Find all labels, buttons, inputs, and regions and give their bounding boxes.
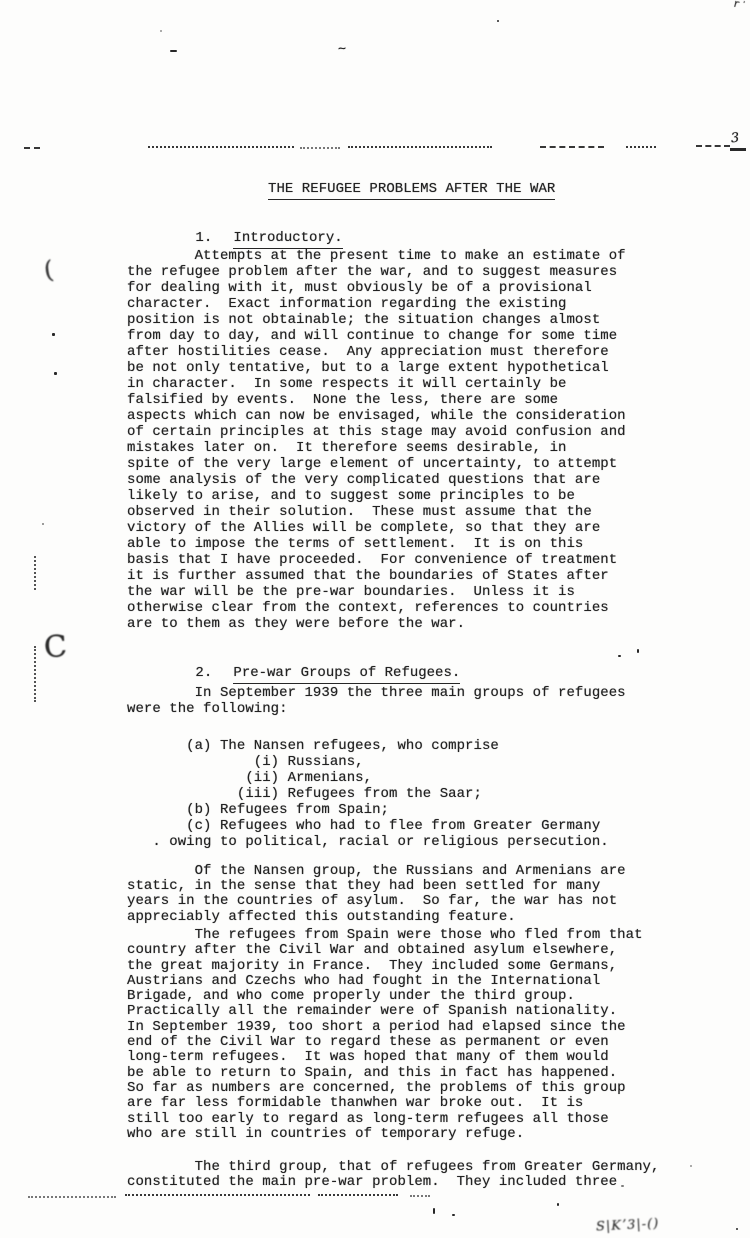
margin-dotted-line <box>34 646 36 702</box>
paragraph-groups-intro: In September 1939 the three main groups … <box>127 685 667 717</box>
paragraph-third-group: The third group, that of refugees from G… <box>127 1160 667 1190</box>
paragraph-nansen-group: Of the Nansen group, the Russians and Ar… <box>127 864 667 925</box>
rule-segment <box>410 1195 430 1197</box>
noise-speck <box>497 20 499 22</box>
scanned-document-page: 3 rʾ ~ ( C THE REFUGEE PROBLEMS AFTER TH… <box>0 0 750 1238</box>
noise-speck <box>170 50 177 52</box>
rule-segment <box>540 146 604 148</box>
noise-speck <box>690 1165 692 1167</box>
scan-layer: 3 rʾ ~ ( C THE REFUGEE PROBLEMS AFTER TH… <box>0 0 750 1238</box>
rule-segment <box>626 146 656 148</box>
document-title: THE REFUGEE PROBLEMS AFTER THE WAR <box>268 181 555 200</box>
margin-c-mark: C <box>43 629 68 666</box>
noise-speck <box>160 30 162 32</box>
margin-paren-mark: ( <box>42 255 55 284</box>
rule-segment <box>300 147 340 149</box>
rule-segment <box>318 1194 398 1196</box>
refugee-groups-list: (a) The Nansen refugees, who comprise (i… <box>127 738 667 850</box>
noise-speck <box>621 1185 624 1187</box>
noise-speck <box>618 655 621 657</box>
tilde-mark: ~ <box>337 42 347 59</box>
section-2-title: Pre-war Groups of Refugees. <box>233 665 460 684</box>
paragraph-spain-group: The refugees from Spain were those who f… <box>127 928 667 1142</box>
rule-segment <box>348 146 492 148</box>
noise-speck <box>452 1214 455 1216</box>
footer-scribble-mark: S|Kʼ3|-() <box>596 1216 660 1234</box>
section-2-number: 2. <box>195 665 233 681</box>
noise-speck <box>42 523 44 525</box>
noise-speck <box>52 333 55 336</box>
page-number-underline <box>730 148 746 151</box>
noise-speck <box>557 1203 559 1206</box>
rule-segment <box>28 1196 116 1198</box>
margin-dotted-line <box>34 556 36 590</box>
noise-speck <box>54 372 57 375</box>
corner-squiggle-mark: rʾ <box>732 0 748 13</box>
rule-segment <box>696 145 730 147</box>
page-number-mark: 3 <box>730 131 740 147</box>
paragraph-introductory: Attempts at the present time to make an … <box>127 248 667 632</box>
noise-speck <box>433 1208 435 1214</box>
noise-speck <box>736 1228 738 1230</box>
section-1-title: Introductory. <box>233 230 342 249</box>
section-1-number: 1. <box>195 230 233 246</box>
rule-segment <box>24 147 40 149</box>
rule-segment <box>148 146 294 148</box>
rule-segment <box>125 1194 310 1196</box>
noise-speck <box>637 649 639 653</box>
